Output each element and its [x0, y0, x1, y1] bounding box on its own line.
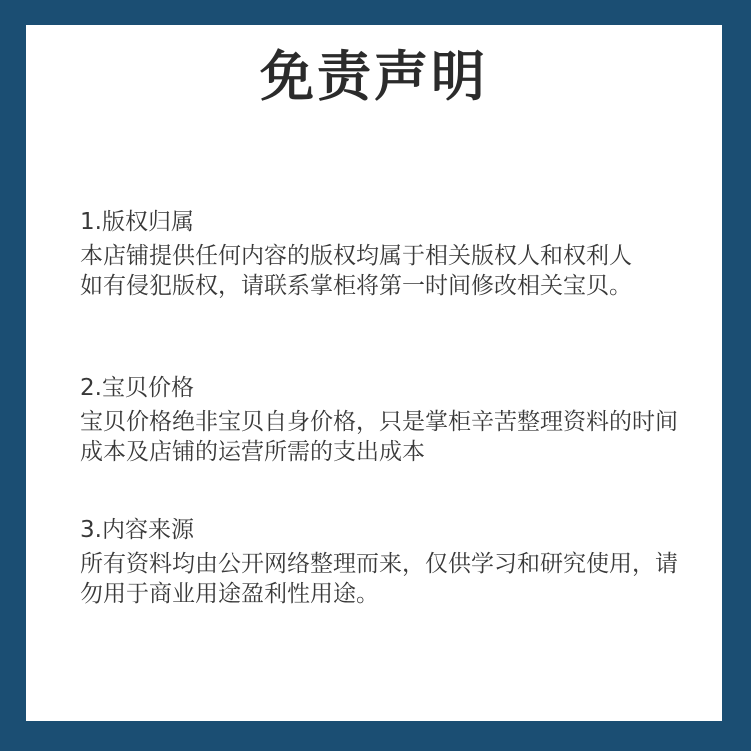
section-copyright: 1.版权归属 本店铺提供任何内容的版权均属于相关版权人和权利人 如有侵犯版权，请…: [80, 207, 718, 301]
section-source: 3.内容来源 所有资料均由公开网络整理而来，仅供学习和研究使用，请 勿用于商业用…: [80, 515, 718, 609]
section-copyright-line-1: 本店铺提供任何内容的版权均属于相关版权人和权利人: [80, 241, 718, 271]
disclaimer-title: 免责声明: [26, 47, 722, 107]
section-source-line-2: 勿用于商业用途盈利性用途。: [80, 579, 718, 609]
disclaimer-card: 免责声明 1.版权归属 本店铺提供任何内容的版权均属于相关版权人和权利人 如有侵…: [26, 25, 722, 721]
disclaimer-page: { "page": { "title": "免责声明" }, "colors":…: [0, 0, 751, 751]
section-copyright-heading: 1.版权归属: [80, 207, 718, 237]
section-price-heading: 2.宝贝价格: [80, 373, 718, 403]
section-price-line-1: 宝贝价格绝非宝贝自身价格，只是掌柜辛苦整理资料的时间: [80, 407, 718, 437]
section-copyright-line-2: 如有侵犯版权，请联系掌柜将第一时间修改相关宝贝。: [80, 271, 718, 301]
section-price-line-2: 成本及店铺的运营所需的支出成本: [80, 437, 718, 467]
disclaimer-content: 1.版权归属 本店铺提供任何内容的版权均属于相关版权人和权利人 如有侵犯版权，请…: [26, 207, 722, 609]
section-price: 2.宝贝价格 宝贝价格绝非宝贝自身价格，只是掌柜辛苦整理资料的时间 成本及店铺的…: [80, 373, 718, 467]
section-source-heading: 3.内容来源: [80, 515, 718, 545]
section-source-line-1: 所有资料均由公开网络整理而来，仅供学习和研究使用，请: [80, 549, 718, 579]
